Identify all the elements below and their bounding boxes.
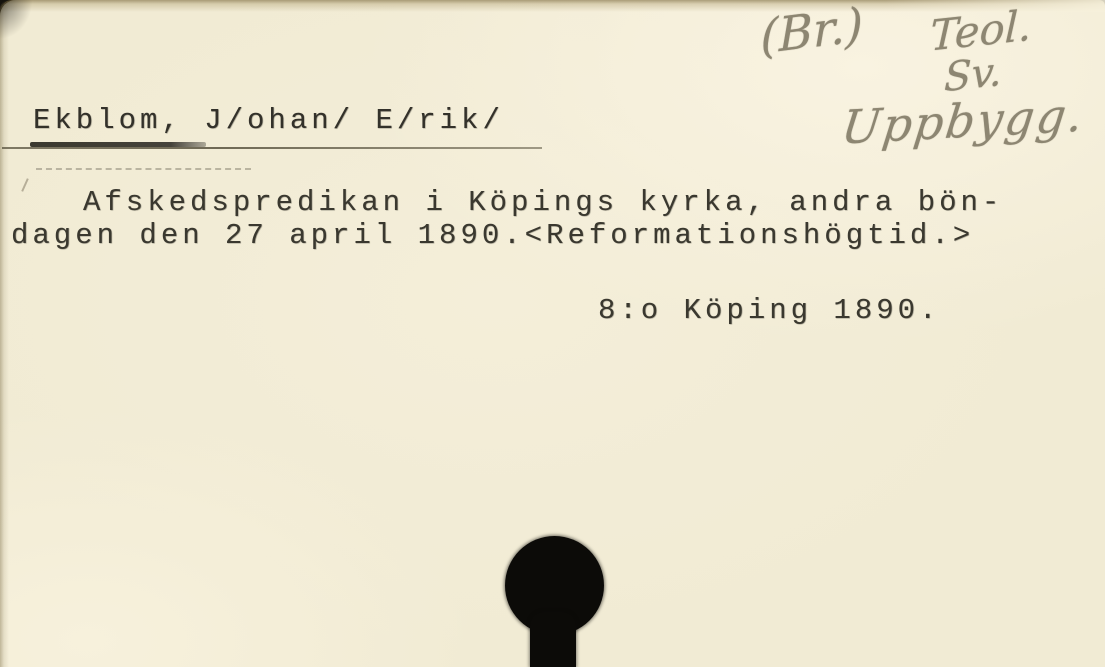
imprint-line: 8:o Köping 1890. <box>598 294 940 327</box>
title-text-line-2: dagen den 27 april 1890.<Reformationshög… <box>11 219 974 252</box>
stray-pencil-mark <box>21 178 29 192</box>
catalog-card: (Br.) Teol. Sv. Uppbygg. Ekblom, J/ohan/… <box>0 0 1105 667</box>
title-text-line-1: Afskedspredikan i Köpings kyrka, andra b… <box>83 186 1003 219</box>
card-corner-shadow <box>0 0 40 50</box>
handwritten-classification: (Br.) <box>760 0 864 65</box>
card-left-edge-shadow <box>0 0 9 667</box>
faint-dashed-marks <box>36 168 251 170</box>
author-heading: Ekblom, J/ohan/ E/rik/ <box>33 104 504 137</box>
heading-underline-thin <box>2 147 542 149</box>
punch-hole-slot <box>530 612 576 667</box>
handwritten-subject-uppbygg: Uppbygg. <box>839 87 1088 154</box>
